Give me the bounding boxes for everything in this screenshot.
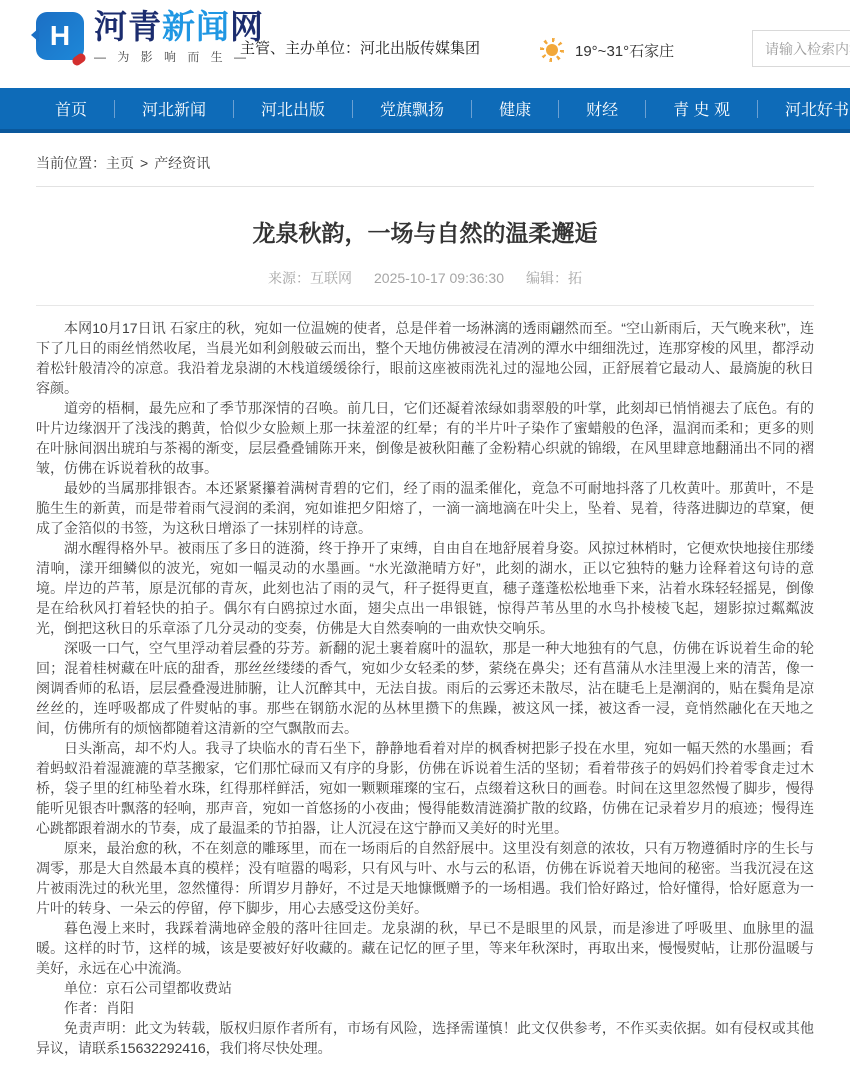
article-author: 作者：肖阳	[36, 998, 814, 1018]
article-container: 龙泉秋韵，一场与自然的温柔邂逅 来源：互联网2025-10-17 09:36:3…	[36, 186, 814, 1058]
weather-text: 19°~31°石家庄	[575, 40, 674, 61]
article-source: 来源：互联网	[268, 270, 352, 286]
article-paragraph: 最妙的当属那排银杏。本还紧紧攥着满树青碧的它们，经了雨的温柔催化，竟急不可耐地抖…	[36, 478, 814, 538]
article-paragraph: 原来，最治愈的秋，不在刻意的雕琢里，而在一场雨后的自然舒展中。这里没有刻意的浓妆…	[36, 838, 814, 918]
weather-city: 石家庄	[629, 43, 674, 60]
meta-divider	[36, 305, 814, 306]
site-tagline: — 为 影 响 而 生 —	[94, 48, 264, 65]
article-meta: 来源：互联网2025-10-17 09:36:30编辑：拓	[36, 268, 814, 288]
search-box	[752, 30, 850, 67]
nav-item-finance[interactable]: 财经	[559, 97, 645, 120]
site-name-highlight: 新闻	[162, 8, 230, 45]
weather-range: 19°~31°	[575, 43, 629, 60]
article-paragraph: 道旁的梧桐，最先应和了季节那深情的召唤。前几日，它们还凝着浓绿如翡翠般的叶掌，此…	[36, 398, 814, 478]
logo-icon: H	[36, 12, 84, 60]
article-disclaimer: 免责声明：此文为转载，版权归原作者所有，市场有风险，选择需谨慎！此文仅供参考，不…	[36, 1018, 814, 1058]
breadcrumb-home-link[interactable]: 主页	[106, 155, 134, 171]
logo-h-letter: H	[36, 12, 84, 60]
nav-item-health[interactable]: 健康	[472, 97, 558, 120]
nav-item-hebei-publishing[interactable]: 河北出版	[234, 97, 352, 120]
breadcrumb-separator: >	[140, 155, 148, 171]
nav-item-hebei-news[interactable]: 河北新闻	[115, 97, 233, 120]
article-unit: 单位：京石公司望都收费站	[36, 978, 814, 998]
nav-item-qing-history[interactable]: 青 史 观	[646, 97, 757, 120]
logo-text: 河青新闻网 — 为 影 响 而 生 —	[94, 9, 264, 65]
search-input[interactable]	[752, 30, 850, 67]
site-header: H 河青新闻网 — 为 影 响 而 生 — 主管、主办单位：河北出版传媒集团 1…	[0, 0, 850, 88]
site-logo[interactable]: H 河青新闻网 — 为 影 响 而 生 —	[36, 9, 264, 65]
main-nav: 首页 河北新闻 河北出版 党旗飘扬 健康 财经 青 史 观 河北好书 全民辟谣	[0, 88, 850, 133]
article-datetime: 2025-10-17 09:36:30	[374, 270, 504, 286]
sponsor-text: 主管、主办单位：河北出版传媒集团	[240, 37, 480, 58]
article-paragraph: 暮色漫上来时，我踩着满地碎金般的落叶往回走。龙泉湖的秋，早已不是眼里的风景，而是…	[36, 918, 814, 978]
breadcrumb-label: 当前位置：	[36, 155, 106, 171]
site-name-primary: 河青	[94, 8, 162, 45]
article-paragraph: 湖水醒得格外早。被雨压了多日的涟漪，终于挣开了束缚，自由自在地舒展着身姿。风掠过…	[36, 538, 814, 638]
breadcrumb-category-link[interactable]: 产经资讯	[154, 155, 210, 171]
nav-item-party-flag[interactable]: 党旗飘扬	[353, 97, 471, 120]
nav-item-home[interactable]: 首页	[28, 97, 114, 120]
article-body: 本网10月17日讯 石家庄的秋，宛如一位温婉的使者，总是伴着一场淋漓的透雨翩然而…	[36, 318, 814, 1058]
weather-widget: 19°~31°石家庄	[540, 38, 674, 62]
sun-icon	[540, 38, 564, 62]
article-title: 龙泉秋韵，一场与自然的温柔邂逅	[36, 215, 814, 248]
article-paragraph: 深吸一口气，空气里浮动着层叠的芬芳。新翻的泥土裹着腐叶的温软，那是一种大地独有的…	[36, 638, 814, 738]
article-editor: 编辑：拓	[526, 270, 582, 286]
breadcrumb: 当前位置：主页>产经资讯	[0, 133, 850, 186]
nav-item-hebei-books[interactable]: 河北好书	[758, 97, 850, 120]
article-paragraph: 日头渐高，却不灼人。我寻了块临水的青石坐下，静静地看着对岸的枫香树把影子投在水里…	[36, 738, 814, 838]
site-name: 河青新闻网	[94, 9, 264, 45]
article-paragraph: 本网10月17日讯 石家庄的秋，宛如一位温婉的使者，总是伴着一场淋漓的透雨翩然而…	[36, 318, 814, 398]
